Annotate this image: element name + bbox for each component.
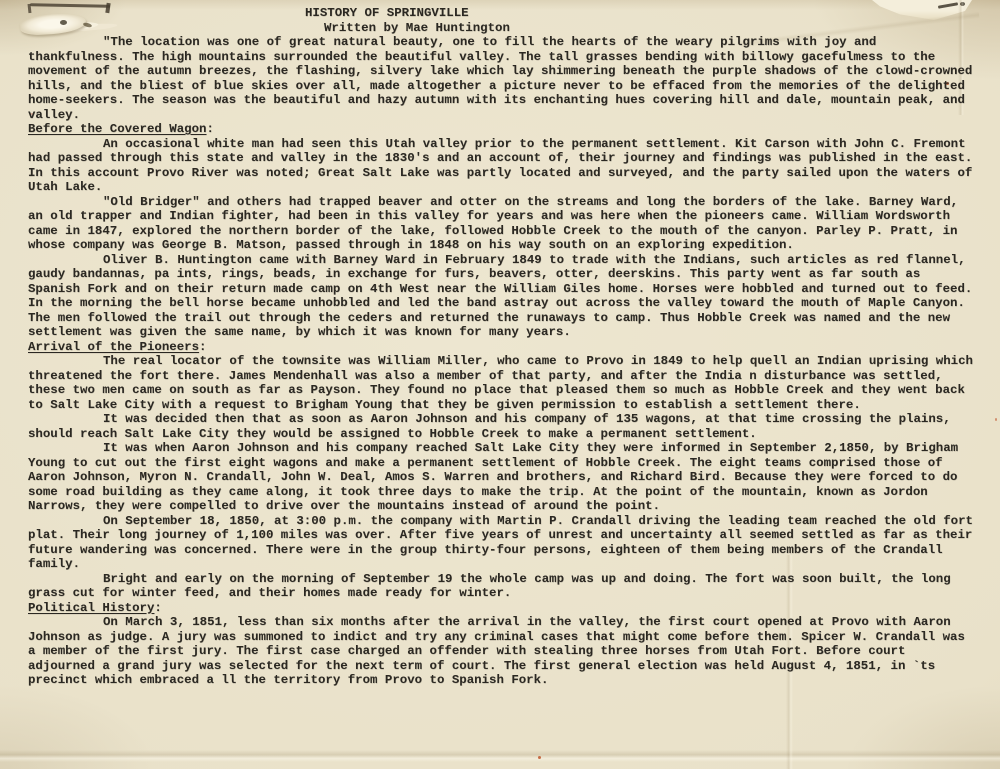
section-heading-text: Before the Covered Wagon <box>28 122 206 136</box>
scanned-page: HISTORY OF SPRINGVILLE Written by Mae Hu… <box>0 0 1000 769</box>
section-heading: Arrival of the Pioneers: <box>28 340 975 355</box>
paragraph: "The location was one of great natural b… <box>28 35 975 122</box>
document-byline: Written by Mae Huntington <box>324 21 975 36</box>
paragraph: Bright and early on the morning of Septe… <box>28 572 975 601</box>
paragraph: It was when Aaron Johnson and his compan… <box>28 441 975 514</box>
document-blocks: "The location was one of great natural b… <box>28 35 975 688</box>
document-title: HISTORY OF SPRINGVILLE <box>305 6 975 21</box>
section-heading-text: Political History <box>28 601 154 615</box>
document-body: HISTORY OF SPRINGVILLE Written by Mae Hu… <box>28 6 975 688</box>
rust-speck <box>995 418 997 421</box>
rust-speck <box>538 756 541 759</box>
paragraph: Oliver B. Huntington came with Barney Wa… <box>28 253 975 340</box>
paragraph: The real locator of the townsite was Wil… <box>28 354 975 412</box>
section-heading: Political History: <box>28 601 975 616</box>
paragraph: "Old Bridger" and others had trapped bea… <box>28 195 975 253</box>
section-heading: Before the Covered Wagon: <box>28 122 975 137</box>
section-heading-text: Arrival of the Pioneers <box>28 340 199 354</box>
paragraph: An occasional white man had seen this Ut… <box>28 137 975 195</box>
paragraph: It was decided then that as soon as Aaro… <box>28 412 975 441</box>
paragraph: On March 3, 1851, less than six months a… <box>28 615 975 688</box>
paper-crease <box>0 750 1000 762</box>
paragraph: On September 18, 1850, at 3:00 p.m. the … <box>28 514 975 572</box>
